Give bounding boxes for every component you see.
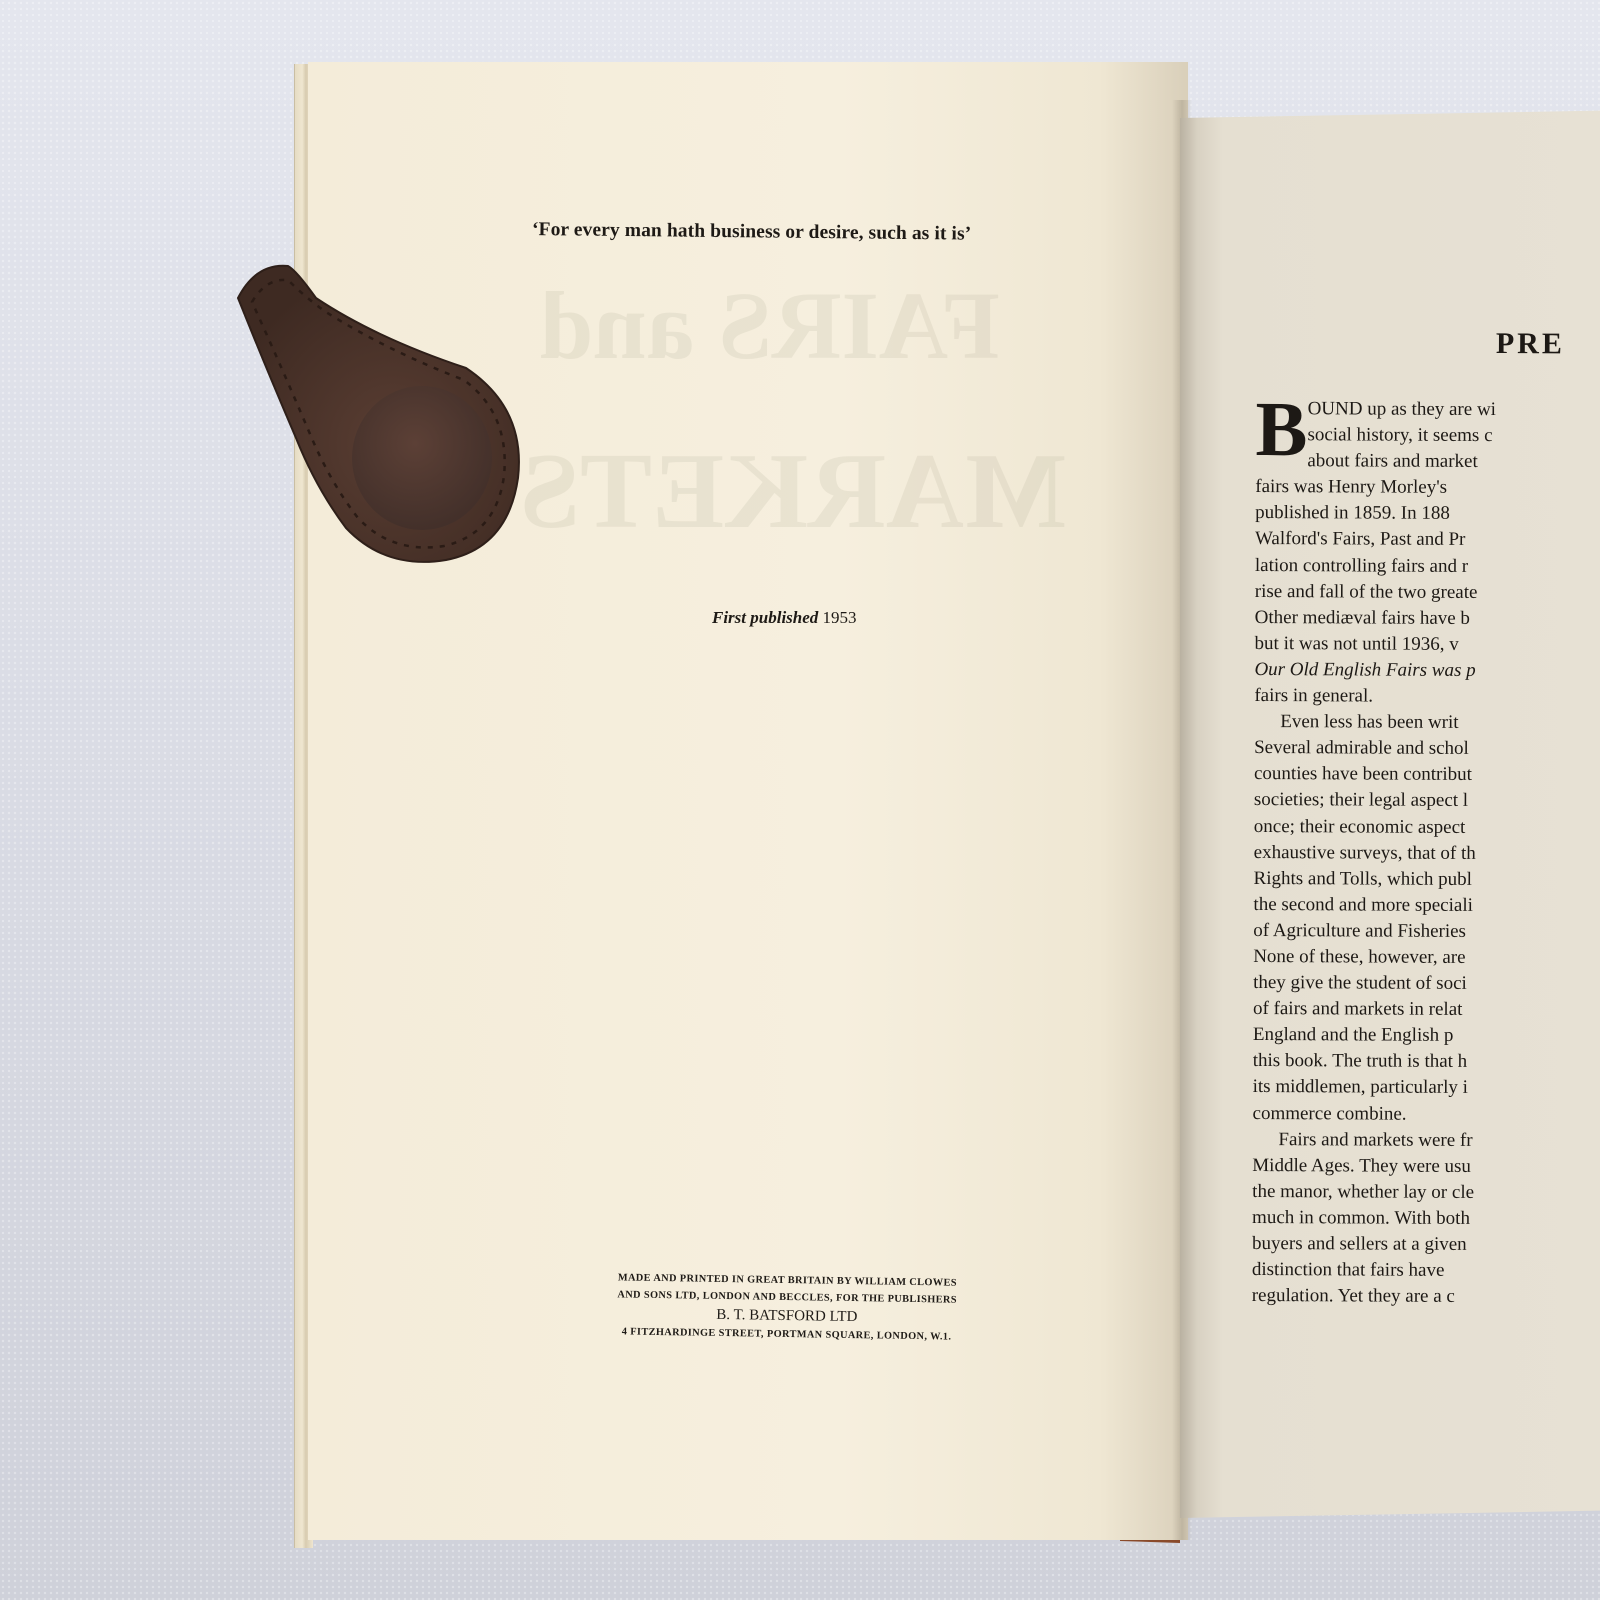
colophon: MADE AND PRINTED IN GREAT BRITAIN BY WIL…: [561, 1268, 1012, 1346]
pub-year: 1953: [823, 608, 857, 627]
publication-date: First published 1953: [712, 608, 857, 628]
text-line: societies; their legal aspect l: [1254, 787, 1600, 815]
text-line: Fairs and markets were fr: [1252, 1127, 1600, 1155]
text-line: the second and more speciali: [1253, 892, 1600, 920]
text-line: fairs in general.: [1254, 683, 1600, 711]
drop-cap: B: [1255, 396, 1307, 462]
text-line: Rights and Tolls, which publ: [1253, 866, 1600, 894]
text-line: commerce combine.: [1252, 1101, 1600, 1129]
text-line: its middlemen, particularly i: [1253, 1074, 1600, 1102]
text-line: they give the student of soci: [1253, 970, 1600, 998]
show-through-text-1: FAIRS and: [540, 270, 1000, 381]
text-line: once; their economic aspect: [1254, 813, 1600, 841]
text-line: None of these, however, are: [1253, 944, 1600, 972]
preface-body: B OUND up as they are wi social history,…: [1252, 396, 1600, 1311]
text-line: England and the English p: [1253, 1022, 1600, 1050]
text-line: lation controlling fairs and r: [1255, 553, 1600, 581]
text-line: distinction that fairs have: [1252, 1257, 1600, 1285]
text-line: much in common. With both: [1252, 1205, 1600, 1233]
text-line: regulation. Yet they are a c: [1252, 1283, 1600, 1311]
text-line: counties have been contribut: [1254, 761, 1600, 789]
leather-bookmark[interactable]: [226, 258, 526, 578]
preface-heading: PRE: [1496, 327, 1565, 361]
text-line: this book. The truth is that h: [1253, 1048, 1600, 1076]
text-line: published in 1859. In 188: [1255, 500, 1600, 528]
text-line: buyers and sellers at a given: [1252, 1231, 1600, 1259]
text-line: Walford's Fairs, Past and Pr: [1255, 526, 1600, 554]
text-line: Our Old English Fairs was p: [1254, 657, 1600, 685]
show-through-text-2: MARKETS: [520, 430, 1066, 554]
text-line: Even less has been writ: [1254, 709, 1600, 737]
text-line: of Agriculture and Fisheries: [1253, 918, 1600, 946]
text-line: fairs was Henry Morley's: [1255, 474, 1600, 502]
text-line: of fairs and markets in relat: [1253, 996, 1600, 1024]
text-line: the manor, whether lay or cle: [1252, 1179, 1600, 1207]
text-line: Several admirable and schol: [1254, 735, 1600, 763]
text-line: exhaustive surveys, that of th: [1254, 840, 1600, 868]
text-line: rise and fall of the two greate: [1255, 579, 1600, 607]
pub-label: First published: [712, 608, 818, 627]
text-line: Middle Ages. They were usu: [1252, 1153, 1600, 1181]
text-line: but it was not until 1936, v: [1255, 631, 1600, 659]
text-line: Other mediæval fairs have b: [1255, 605, 1600, 633]
